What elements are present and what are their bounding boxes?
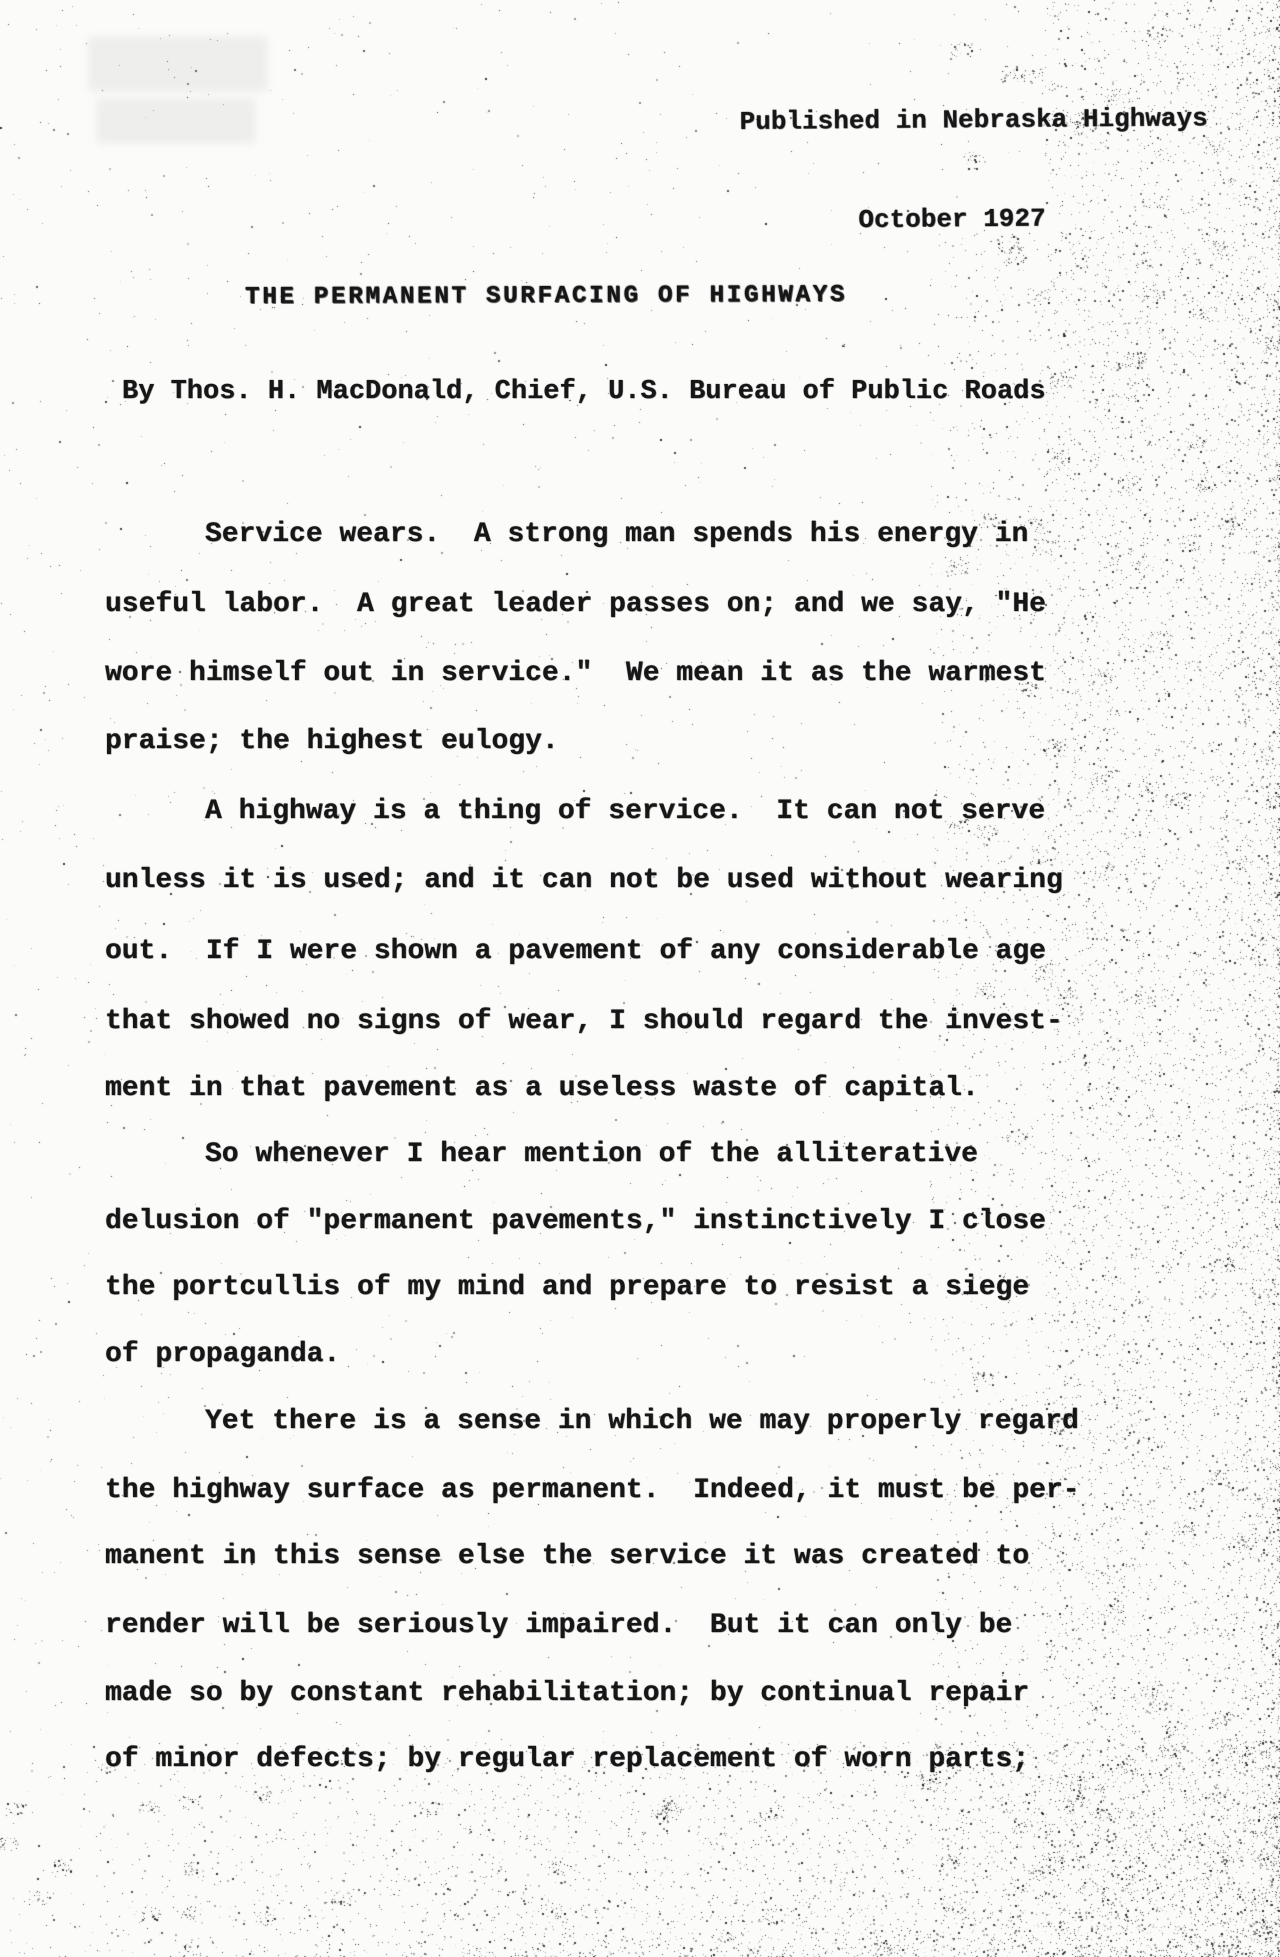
text-line: praise; the highest eulogy.: [105, 725, 559, 759]
text-line: So whenever I hear mention of the allite…: [105, 1138, 978, 1172]
text-line: made so by constant rehabilitation; by c…: [105, 1677, 1029, 1711]
text-line: ment in that pavement as a useless waste…: [105, 1072, 979, 1106]
text-line: Service wears. A strong man spends his e…: [105, 518, 1028, 552]
text-line: that showed no signs of wear, I should r…: [105, 1005, 1063, 1039]
text-line: the highway surface as permanent. Indeed…: [105, 1474, 1080, 1508]
document-body: Service wears. A strong man spends his e…: [105, 0, 1125, 1957]
text-line: out. If I were shown a pavement of any c…: [105, 935, 1046, 969]
text-line: manent in this sense else the service it…: [105, 1540, 1029, 1574]
text-line: render will be seriously impaired. But i…: [105, 1609, 1012, 1643]
text-line: the portcullis of my mind and prepare to…: [105, 1271, 1029, 1305]
text-line: delusion of "permanent pavements," insti…: [105, 1205, 1046, 1239]
scanned-document-page: Published in Nebraska Highways October 1…: [0, 0, 1280, 1957]
text-line: Yet there is a sense in which we may pro…: [105, 1405, 1079, 1439]
text-line: of propaganda.: [105, 1338, 340, 1372]
text-line: useful labor. A great leader passes on; …: [105, 588, 1046, 622]
text-line: unless it is used; and it can not be use…: [105, 864, 1063, 898]
text-line: wore himself out in service." We mean it…: [105, 657, 1046, 691]
text-line: A highway is a thing of service. It can …: [105, 795, 1045, 829]
text-line: of minor defects; by regular replacement…: [105, 1743, 1029, 1777]
